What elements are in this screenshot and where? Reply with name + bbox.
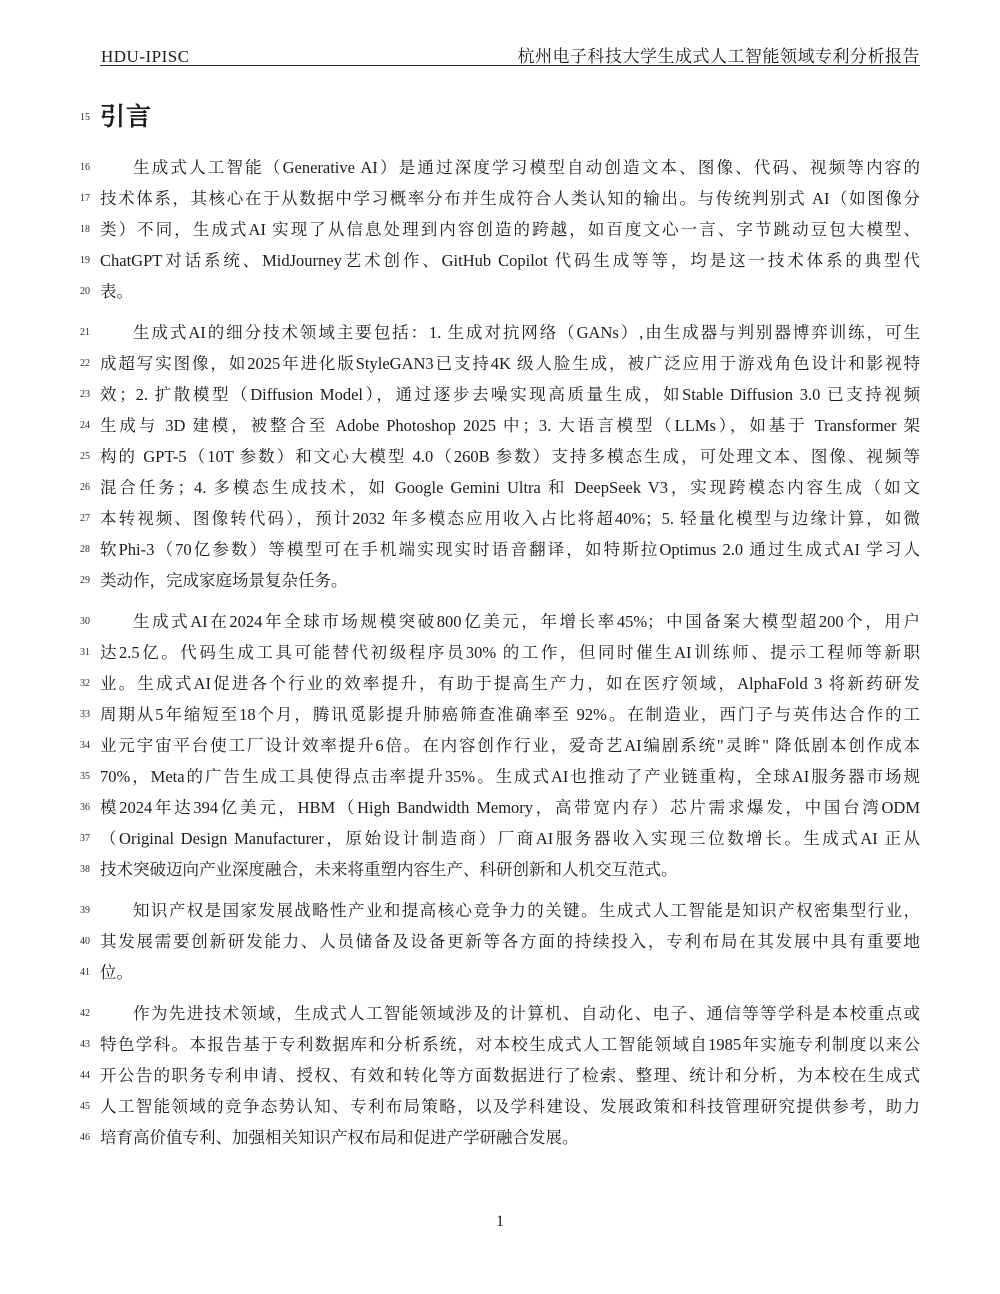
text-line: 27 本转视频、图像转代码），预计2032 年多模态应用收入占比将超40%；5.… [100,503,920,534]
line-number: 41 [80,957,98,988]
line-text: （Original Design Manufacturer，原始设计制造商）厂商… [100,823,920,854]
line-text: 模2024年达394亿美元，HBM（High Bandwidth Memory，… [100,792,920,823]
page-header: HDU-IPISC 杭州电子科技大学生成式人工智能领域专利分析报告 [101,42,920,67]
line-text: 70%，Meta的广告生成工具使得点击率提升35%。生成式AI也推动了产业链重构… [100,761,920,792]
paragraph: 42 作为先进技术领域，生成式人工智能领域涉及的计算机、自动化、电子、通信等等学… [100,998,920,1153]
line-number: 30 [80,606,98,637]
text-line: 19 ChatGPT对话系统、MidJourney艺术创作、GitHub Cop… [100,245,920,276]
line-text: 类）不同，生成式AI 实现了从信息处理到内容创造的跨越，如百度文心一言、字节跳动… [100,214,920,245]
text-line: 44 开公告的职务专利申请、授权、有效和转化等方面数据进行了检索、整理、统计和分… [100,1060,920,1091]
line-number: 18 [80,214,98,245]
line-text: 业元宇宙平台使工厂设计效率提升6倍。在内容创作行业，爱奇艺AI编剧系统"灵眸" … [100,730,920,761]
line-number: 38 [80,854,98,885]
text-line: 18 类）不同，生成式AI 实现了从信息处理到内容创造的跨越，如百度文心一言、字… [100,214,920,245]
line-text: 成超写实图像，如2025年进化版StyleGAN3已支持4K 级人脸生成，被广泛… [100,348,920,379]
line-text: 生成式人工智能（Generative AI）是通过深度学习模型自动创造文本、图像… [100,152,920,183]
text-line: 37 （Original Design Manufacturer，原始设计制造商… [100,823,920,854]
line-text: ChatGPT对话系统、MidJourney艺术创作、GitHub Copilo… [100,245,920,276]
text-line: 32 业。生成式AI促进各个行业的效率提升，有助于提高生产力，如在医疗领域，Al… [100,668,920,699]
line-number: 46 [80,1122,98,1153]
header-report-title: 杭州电子科技大学生成式人工智能领域专利分析报告 [518,42,921,67]
text-line: 38 技术突破迈向产业深度融合，未来将重塑内容生产、科研创新和人机交互范式。 [100,854,920,885]
line-text: 本转视频、图像转代码），预计2032 年多模态应用收入占比将超40%；5. 轻量… [100,503,920,534]
text-line: 21 生成式AI的细分技术领域主要包括：1. 生成对抗网络（GANs）,由生成器… [100,317,920,348]
line-number: 36 [80,792,98,823]
line-number: 15 [80,101,98,135]
line-text: 技术体系，其核心在于从数据中学习概率分布并生成符合人类认知的输出。与传统判别式 … [100,183,920,214]
line-number: 16 [80,152,98,183]
line-number: 45 [80,1091,98,1122]
line-text: 作为先进技术领域，生成式人工智能领域涉及的计算机、自动化、电子、通信等等学科是本… [100,998,920,1029]
line-number: 34 [80,730,98,761]
line-text: 生成与 3D 建模，被整合至 Adobe Photoshop 2025 中；3.… [100,410,920,441]
line-text: 业。生成式AI促进各个行业的效率提升，有助于提高生产力，如在医疗领域，Alpha… [100,668,920,699]
paragraph: 16 生成式人工智能（Generative AI）是通过深度学习模型自动创造文本… [100,152,920,307]
line-number: 24 [80,410,98,441]
line-number: 42 [80,998,98,1029]
text-line: 41 位。 [100,957,920,988]
line-text: 表。 [100,276,920,307]
text-line: 24 生成与 3D 建模，被整合至 Adobe Photoshop 2025 中… [100,410,920,441]
line-text: 生成式AI的细分技术领域主要包括：1. 生成对抗网络（GANs）,由生成器与判别… [100,317,920,348]
text-line: 26 混合任务；4. 多模态生成技术，如 Google Gemini Ultra… [100,472,920,503]
text-line: 28 软Phi-3（70亿参数）等模型可在手机端实现实时语音翻译，如特斯拉Opt… [100,534,920,565]
line-text: 培育高价值专利、加强相关知识产权布局和促进产学研融合发展。 [100,1122,920,1153]
text-line: 35 70%，Meta的广告生成工具使得点击率提升35%。生成式AI也推动了产业… [100,761,920,792]
text-line: 23 效；2. 扩散模型（Diffusion Model），通过逐步去噪实现高质… [100,379,920,410]
line-text: 混合任务；4. 多模态生成技术，如 Google Gemini Ultra 和 … [100,472,920,503]
page-footer: 1 [0,1213,1000,1231]
text-line: 29 类动作，完成家庭场景复杂任务。 [100,565,920,596]
line-text: 开公告的职务专利申请、授权、有效和转化等方面数据进行了检索、整理、统计和分析，为… [100,1060,920,1091]
line-text: 技术突破迈向产业深度融合，未来将重塑内容生产、科研创新和人机交互范式。 [100,854,920,885]
section-heading-row: 15 引言 [100,101,920,133]
line-text: 人工智能领域的竞争态势认知、专利布局策略，以及学科建设、发展政策和科技管理研究提… [100,1091,920,1122]
line-number: 35 [80,761,98,792]
text-line: 34 业元宇宙平台使工厂设计效率提升6倍。在内容创作行业，爱奇艺AI编剧系统"灵… [100,730,920,761]
text-line: 16 生成式人工智能（Generative AI）是通过深度学习模型自动创造文本… [100,152,920,183]
line-text: 知识产权是国家发展战略性产业和提高核心竞争力的关键。生成式人工智能是知识产权密集… [100,895,920,926]
line-number: 25 [80,441,98,472]
line-text: 软Phi-3（70亿参数）等模型可在手机端实现实时语音翻译，如特斯拉Optimu… [100,534,920,565]
paragraph: 21 生成式AI的细分技术领域主要包括：1. 生成对抗网络（GANs）,由生成器… [100,317,920,596]
line-number: 22 [80,348,98,379]
line-text: 构的 GPT-5（10T 参数）和文心大模型 4.0（260B 参数）支持多模态… [100,441,920,472]
text-line: 43 特色学科。本报告基于专利数据库和分析系统，对本校生成式人工智能领域自198… [100,1029,920,1060]
line-number: 28 [80,534,98,565]
paragraph: 39 知识产权是国家发展战略性产业和提高核心竞争力的关键。生成式人工智能是知识产… [100,895,920,988]
line-text: 其发展需要创新研发能力、人员储备及设备更新等各方面的持续投入，专利布局在其发展中… [100,926,920,957]
text-line: 39 知识产权是国家发展战略性产业和提高核心竞争力的关键。生成式人工智能是知识产… [100,895,920,926]
line-number: 37 [80,823,98,854]
line-number: 29 [80,565,98,596]
line-number: 31 [80,637,98,668]
line-number: 33 [80,699,98,730]
line-number: 27 [80,503,98,534]
line-number: 40 [80,926,98,957]
document-body: 16 生成式人工智能（Generative AI）是通过深度学习模型自动创造文本… [100,152,920,1163]
text-line: 33 周期从5年缩短至18个月，腾讯觅影提升肺癌筛查准确率至 92%。在制造业，… [100,699,920,730]
section-title: 引言 [100,101,920,133]
header-rule [100,65,920,66]
text-line: 36 模2024年达394亿美元，HBM（High Bandwidth Memo… [100,792,920,823]
text-line: 31 达2.5亿。代码生成工具可能替代初级程序员30% 的工作，但同时催生AI训… [100,637,920,668]
line-number: 21 [80,317,98,348]
line-number: 20 [80,276,98,307]
line-number: 44 [80,1060,98,1091]
header-short-title: HDU-IPISC [101,47,190,67]
line-text: 达2.5亿。代码生成工具可能替代初级程序员30% 的工作，但同时催生AI训练师、… [100,637,920,668]
line-text: 类动作，完成家庭场景复杂任务。 [100,565,920,596]
text-line: 22 成超写实图像，如2025年进化版StyleGAN3已支持4K 级人脸生成，… [100,348,920,379]
page-number: 1 [496,1213,504,1230]
line-number: 23 [80,379,98,410]
text-line: 25 构的 GPT-5（10T 参数）和文心大模型 4.0（260B 参数）支持… [100,441,920,472]
line-number: 17 [80,183,98,214]
line-text: 位。 [100,957,920,988]
line-number: 32 [80,668,98,699]
line-number: 26 [80,472,98,503]
line-number: 43 [80,1029,98,1060]
text-line: 20 表。 [100,276,920,307]
line-text: 特色学科。本报告基于专利数据库和分析系统，对本校生成式人工智能领域自1985年实… [100,1029,920,1060]
line-number: 39 [80,895,98,926]
text-line: 30 生成式AI在2024年全球市场规模突破800亿美元，年增长率45%；中国备… [100,606,920,637]
line-text: 效；2. 扩散模型（Diffusion Model），通过逐步去噪实现高质量生成… [100,379,920,410]
document-page: HDU-IPISC 杭州电子科技大学生成式人工智能领域专利分析报告 15 引言 … [0,0,1000,1294]
line-text: 周期从5年缩短至18个月，腾讯觅影提升肺癌筛查准确率至 92%。在制造业，西门子… [100,699,920,730]
text-line: 45 人工智能领域的竞争态势认知、专利布局策略，以及学科建设、发展政策和科技管理… [100,1091,920,1122]
text-line: 46 培育高价值专利、加强相关知识产权布局和促进产学研融合发展。 [100,1122,920,1153]
line-text: 生成式AI在2024年全球市场规模突破800亿美元，年增长率45%；中国备案大模… [100,606,920,637]
text-line: 42 作为先进技术领域，生成式人工智能领域涉及的计算机、自动化、电子、通信等等学… [100,998,920,1029]
text-line: 40 其发展需要创新研发能力、人员储备及设备更新等各方面的持续投入，专利布局在其… [100,926,920,957]
line-number: 19 [80,245,98,276]
paragraph: 30 生成式AI在2024年全球市场规模突破800亿美元，年增长率45%；中国备… [100,606,920,885]
text-line: 17 技术体系，其核心在于从数据中学习概率分布并生成符合人类认知的输出。与传统判… [100,183,920,214]
